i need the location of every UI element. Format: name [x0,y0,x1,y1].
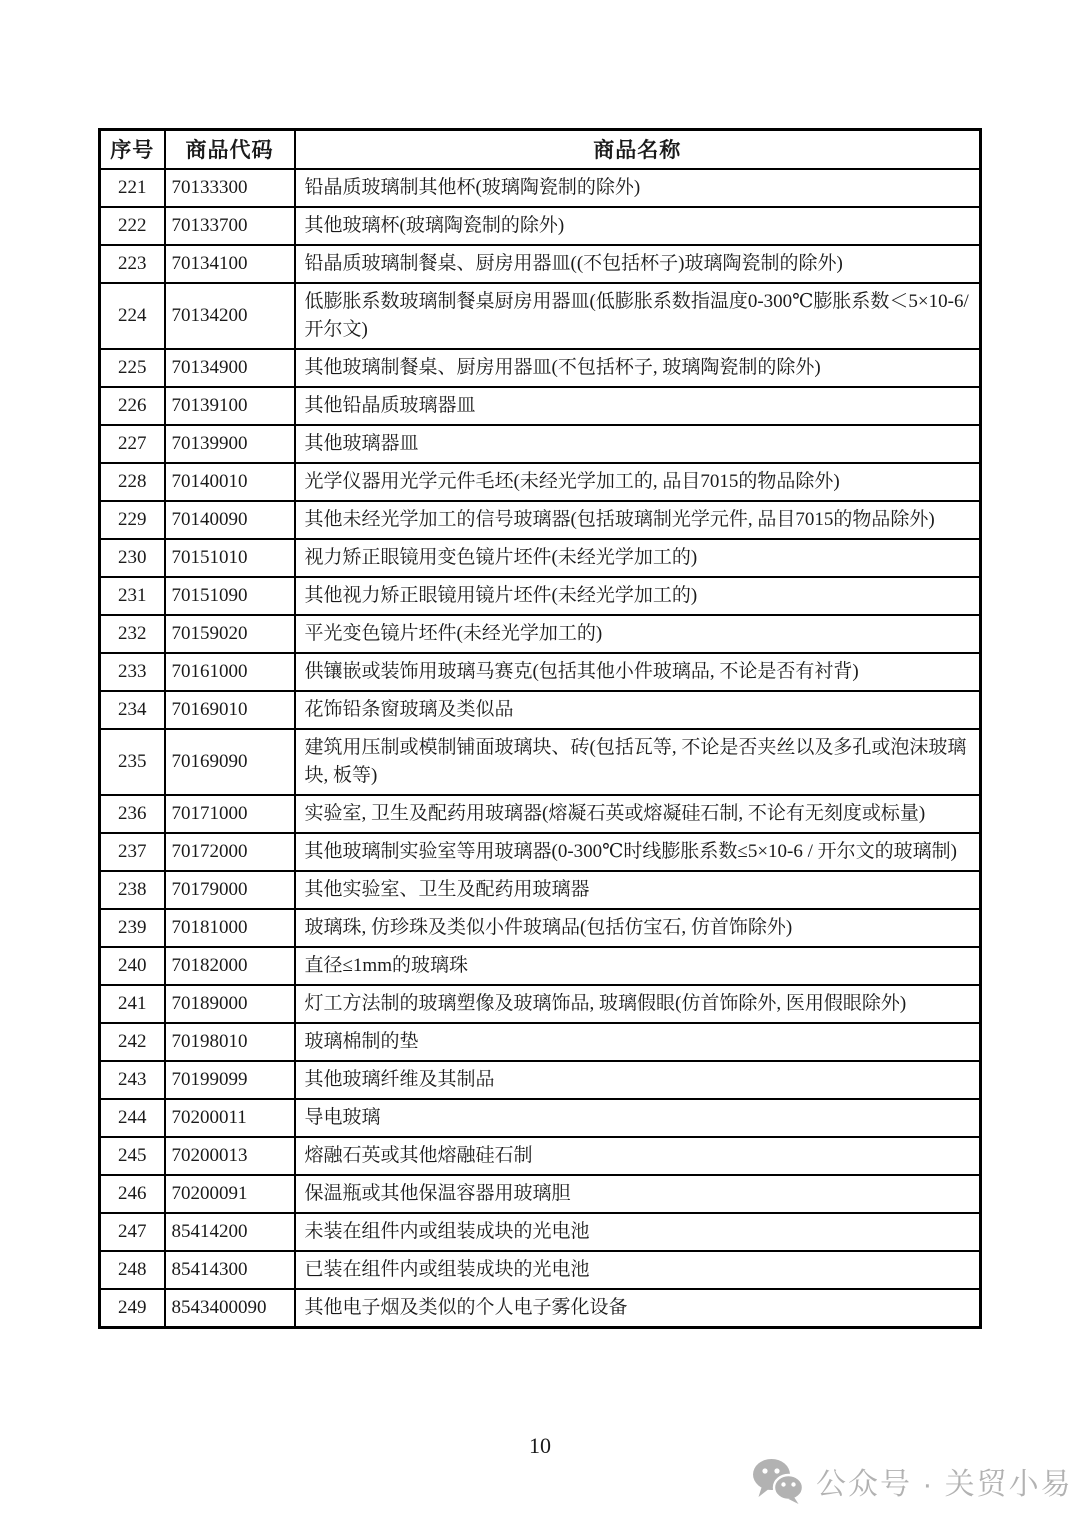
commodity-name-cell: 低膨胀系数玻璃制餐桌厨房用器皿(低膨胀系数指温度0-300℃膨胀系数＜5×10-… [295,283,981,349]
commodity-code-cell: 70133300 [165,169,295,207]
table-row: 23170151090其他视力矫正眼镜用镜片坯件(未经光学加工的) [100,577,981,615]
table-row: 22970140090其他未经光学加工的信号玻璃器(包括玻璃制光学元件, 品目7… [100,501,981,539]
commodity-code-cell: 85414300 [165,1251,295,1289]
table-row: 23970181000玻璃珠, 仿珍珠及类似小件玻璃品(包括仿宝石, 仿首饰除外… [100,909,981,947]
table-row: 22570134900其他玻璃制餐桌、厨房用器皿(不包括杯子, 玻璃陶瓷制的除外… [100,349,981,387]
table-row: 24470200011导电玻璃 [100,1099,981,1137]
table-body: 22170133300铅晶质玻璃制其他杯(玻璃陶瓷制的除外)2227013370… [100,169,981,1328]
wechat-icon [752,1458,804,1504]
row-serial-number-cell: 247 [100,1213,165,1251]
commodity-name-cell: 其他玻璃制实验室等用玻璃器(0-300℃时线膨胀系数≤5×10-6 / 开尔文的… [295,833,981,871]
commodity-code-cell: 70182000 [165,947,295,985]
table-row: 24370199099其他玻璃纤维及其制品 [100,1061,981,1099]
commodity-name-cell: 其他玻璃纤维及其制品 [295,1061,981,1099]
row-serial-number-cell: 225 [100,349,165,387]
commodity-name-cell: 铅晶质玻璃制其他杯(玻璃陶瓷制的除外) [295,169,981,207]
row-serial-number-cell: 246 [100,1175,165,1213]
table-row: 22770139900其他玻璃器皿 [100,425,981,463]
row-serial-number-cell: 227 [100,425,165,463]
commodity-name-cell: 玻璃珠, 仿珍珠及类似小件玻璃品(包括仿宝石, 仿首饰除外) [295,909,981,947]
commodity-name-cell: 其他玻璃制餐桌、厨房用器皿(不包括杯子, 玻璃陶瓷制的除外) [295,349,981,387]
table-row: 24170189000灯工方法制的玻璃塑像及玻璃饰品, 玻璃假眼(仿首饰除外, … [100,985,981,1023]
table-row: 24785414200未装在组件内或组装成块的光电池 [100,1213,981,1251]
table-row: 22170133300铅晶质玻璃制其他杯(玻璃陶瓷制的除外) [100,169,981,207]
table-row: 23370161000供镶嵌或装饰用玻璃马赛克(包括其他小件玻璃品, 不论是否有… [100,653,981,691]
commodity-name-cell: 其他玻璃器皿 [295,425,981,463]
commodity-name-cell: 其他实验室、卫生及配药用玻璃器 [295,871,981,909]
commodity-code-cell: 70199099 [165,1061,295,1099]
commodity-code-cell: 70139900 [165,425,295,463]
row-serial-number-cell: 229 [100,501,165,539]
row-serial-number-cell: 237 [100,833,165,871]
row-serial-number-cell: 238 [100,871,165,909]
row-serial-number-cell: 230 [100,539,165,577]
row-serial-number-cell: 222 [100,207,165,245]
commodity-code-cell: 70179000 [165,871,295,909]
commodity-code-cell: 70189000 [165,985,295,1023]
commodity-name-cell: 铅晶质玻璃制餐桌、厨房用器皿((不包括杯子)玻璃陶瓷制的除外) [295,245,981,283]
table-row: 24270198010玻璃棉制的垫 [100,1023,981,1061]
commodity-code-cell: 70134900 [165,349,295,387]
row-serial-number-cell: 240 [100,947,165,985]
watermark: 公众号 · 关贸小易 [752,1458,1073,1504]
commodity-name-cell: 未装在组件内或组装成块的光电池 [295,1213,981,1251]
table-row: 24070182000直径≤1mm的玻璃珠 [100,947,981,985]
commodity-code-cell: 70151090 [165,577,295,615]
row-serial-number-cell: 224 [100,283,165,349]
row-serial-number-cell: 228 [100,463,165,501]
row-serial-number-cell: 226 [100,387,165,425]
commodity-name-cell: 灯工方法制的玻璃塑像及玻璃饰品, 玻璃假眼(仿首饰除外, 医用假眼除外) [295,985,981,1023]
row-serial-number-cell: 233 [100,653,165,691]
commodity-code-cell: 70172000 [165,833,295,871]
commodity-code-cell: 70140090 [165,501,295,539]
commodity-name-cell: 平光变色镜片坯件(未经光学加工的) [295,615,981,653]
commodity-code-cell: 70134200 [165,283,295,349]
commodity-code-cell: 70159020 [165,615,295,653]
commodity-name-cell: 其他电子烟及类似的个人电子雾化设备 [295,1289,981,1328]
page-number: 10 [0,1433,1080,1459]
commodity-code-cell: 8543400090 [165,1289,295,1328]
commodity-code-cell: 70169090 [165,729,295,795]
watermark-text: 公众号 · 关贸小易 [816,1459,1073,1503]
row-serial-number-cell: 235 [100,729,165,795]
row-serial-number-cell: 243 [100,1061,165,1099]
table-row: 22270133700其他玻璃杯(玻璃陶瓷制的除外) [100,207,981,245]
commodity-name-cell: 供镶嵌或装饰用玻璃马赛克(包括其他小件玻璃品, 不论是否有衬背) [295,653,981,691]
row-serial-number-cell: 248 [100,1251,165,1289]
row-serial-number-cell: 249 [100,1289,165,1328]
table-row: 22870140010光学仪器用光学元件毛坯(未经光学加工的, 品目7015的物… [100,463,981,501]
table-header-row: 序号 商品代码 商品名称 [100,130,981,169]
table-row: 22370134100铅晶质玻璃制餐桌、厨房用器皿((不包括杯子)玻璃陶瓷制的除… [100,245,981,283]
table-row: 23070151010视力矫正眼镜用变色镜片坯件(未经光学加工的) [100,539,981,577]
row-serial-number-cell: 236 [100,795,165,833]
commodity-name-cell: 花饰铅条窗玻璃及类似品 [295,691,981,729]
row-serial-number-cell: 221 [100,169,165,207]
table-row: 23670171000实验室, 卫生及配药用玻璃器(熔凝石英或熔凝硅石制, 不论… [100,795,981,833]
table-row: 24885414300已装在组件内或组装成块的光电池 [100,1251,981,1289]
commodity-code-cell: 70181000 [165,909,295,947]
row-serial-number-cell: 241 [100,985,165,1023]
header-commodity-code: 商品代码 [165,130,295,169]
row-serial-number-cell: 244 [100,1099,165,1137]
commodity-code-cell: 70198010 [165,1023,295,1061]
row-serial-number-cell: 231 [100,577,165,615]
commodity-code-cell: 70200013 [165,1137,295,1175]
commodity-table: 序号 商品代码 商品名称 22170133300铅晶质玻璃制其他杯(玻璃陶瓷制的… [98,128,982,1329]
commodity-code-cell: 85414200 [165,1213,295,1251]
table-row: 24570200013熔融石英或其他熔融硅石制 [100,1137,981,1175]
row-serial-number-cell: 242 [100,1023,165,1061]
commodity-code-cell: 70161000 [165,653,295,691]
commodity-code-cell: 70169010 [165,691,295,729]
row-serial-number-cell: 245 [100,1137,165,1175]
table-row: 22470134200低膨胀系数玻璃制餐桌厨房用器皿(低膨胀系数指温度0-300… [100,283,981,349]
table-row: 2498543400090其他电子烟及类似的个人电子雾化设备 [100,1289,981,1328]
commodity-name-cell: 光学仪器用光学元件毛坯(未经光学加工的, 品目7015的物品除外) [295,463,981,501]
commodity-name-cell: 其他铅晶质玻璃器皿 [295,387,981,425]
row-serial-number-cell: 234 [100,691,165,729]
commodity-name-cell: 玻璃棉制的垫 [295,1023,981,1061]
commodity-name-cell: 熔融石英或其他熔融硅石制 [295,1137,981,1175]
commodity-name-cell: 建筑用压制或模制铺面玻璃块、砖(包括瓦等, 不论是否夹丝以及多孔或泡沫玻璃块, … [295,729,981,795]
commodity-code-cell: 70139100 [165,387,295,425]
table-row: 22670139100其他铅晶质玻璃器皿 [100,387,981,425]
document-page: 序号 商品代码 商品名称 22170133300铅晶质玻璃制其他杯(玻璃陶瓷制的… [0,0,1080,1528]
commodity-code-cell: 70200091 [165,1175,295,1213]
commodity-code-cell: 70151010 [165,539,295,577]
row-serial-number-cell: 223 [100,245,165,283]
commodity-code-cell: 70140010 [165,463,295,501]
commodity-code-cell: 70200011 [165,1099,295,1137]
table-row: 23470169010花饰铅条窗玻璃及类似品 [100,691,981,729]
commodity-name-cell: 导电玻璃 [295,1099,981,1137]
table-row: 24670200091保温瓶或其他保温容器用玻璃胆 [100,1175,981,1213]
row-serial-number-cell: 239 [100,909,165,947]
commodity-code-cell: 70133700 [165,207,295,245]
commodity-name-cell: 其他玻璃杯(玻璃陶瓷制的除外) [295,207,981,245]
header-commodity-name: 商品名称 [295,130,981,169]
commodity-name-cell: 保温瓶或其他保温容器用玻璃胆 [295,1175,981,1213]
commodity-name-cell: 其他视力矫正眼镜用镜片坯件(未经光学加工的) [295,577,981,615]
commodity-name-cell: 视力矫正眼镜用变色镜片坯件(未经光学加工的) [295,539,981,577]
table-row: 23870179000其他实验室、卫生及配药用玻璃器 [100,871,981,909]
table-row: 23270159020平光变色镜片坯件(未经光学加工的) [100,615,981,653]
commodity-name-cell: 实验室, 卫生及配药用玻璃器(熔凝石英或熔凝硅石制, 不论有无刻度或标量) [295,795,981,833]
commodity-name-cell: 直径≤1mm的玻璃珠 [295,947,981,985]
table-row: 23770172000其他玻璃制实验室等用玻璃器(0-300℃时线膨胀系数≤5×… [100,833,981,871]
commodity-name-cell: 其他未经光学加工的信号玻璃器(包括玻璃制光学元件, 品目7015的物品除外) [295,501,981,539]
header-serial-number: 序号 [100,130,165,169]
commodity-name-cell: 已装在组件内或组装成块的光电池 [295,1251,981,1289]
commodity-code-cell: 70171000 [165,795,295,833]
commodity-code-cell: 70134100 [165,245,295,283]
table-row: 23570169090建筑用压制或模制铺面玻璃块、砖(包括瓦等, 不论是否夹丝以… [100,729,981,795]
row-serial-number-cell: 232 [100,615,165,653]
